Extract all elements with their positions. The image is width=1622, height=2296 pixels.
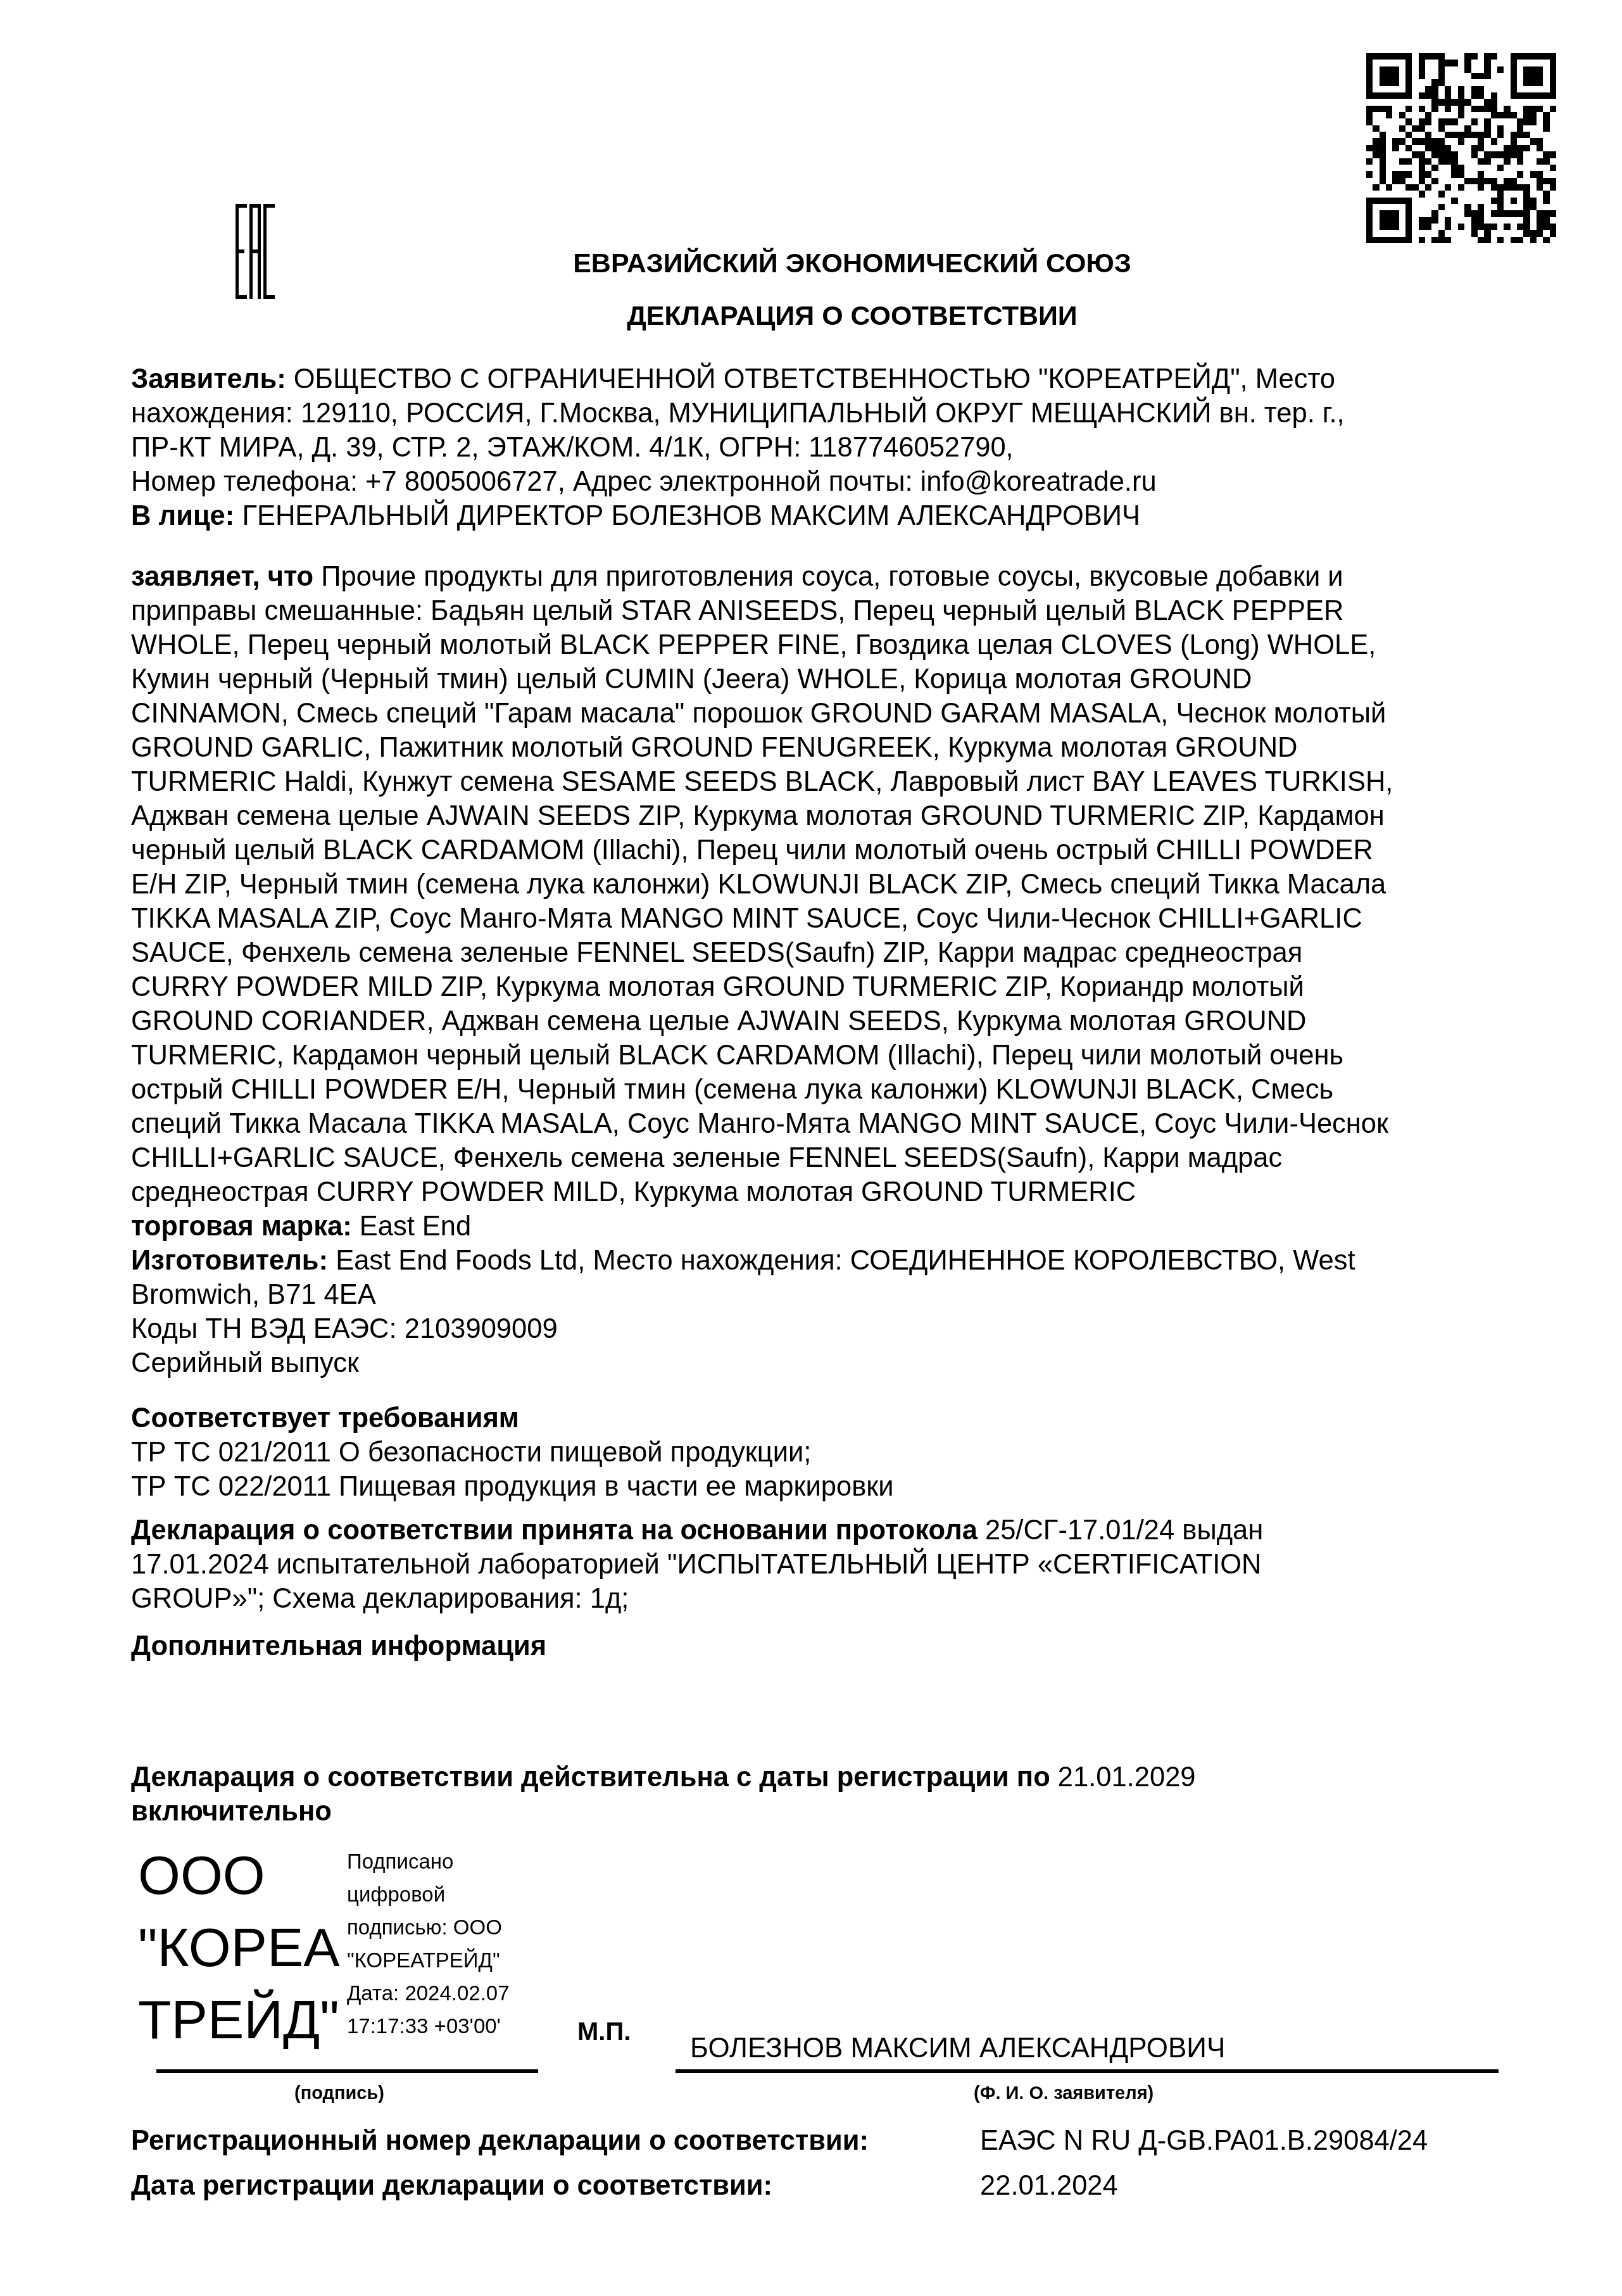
product-line: GROUND GARLIC, Пажитник молотый GROUND F… [131, 731, 1524, 765]
product-line: TURMERIC, Кардамон черный целый BLACK CA… [131, 1038, 1524, 1073]
product-line: Кумин черный (Черный тмин) целый CUMIN (… [131, 662, 1524, 697]
hs-codes: Коды ТН ВЭД ЕАЭС: 2103909009 [131, 1312, 1524, 1346]
applicant-line-1: Заявитель: ОБЩЕСТВО С ОГРАНИЧЕННОЙ ОТВЕТ… [131, 362, 1524, 396]
trademark-line: торговая марка: East End [131, 1209, 1524, 1244]
additional-info-section: Дополнительная информация [131, 1629, 1524, 1663]
manufacturer-line: Изготовитель: East End Foods Ltd, Место … [131, 1244, 1524, 1278]
product-line: E/H ZIP, Черный тмин (семена лука калонж… [131, 867, 1524, 902]
product-line: CURRY POWDER MILD ZIP, Куркума молотая G… [131, 970, 1524, 1004]
seal-label: М.П. [577, 2018, 631, 2047]
document-title: ДЕКЛАРАЦИЯ О СООТВЕТСТВИИ [0, 301, 1622, 332]
product-line: SAUCE, Фенхель семена зеленые FENNEL SEE… [131, 936, 1524, 970]
trademark-label: торговая марка: [131, 1211, 352, 1242]
product-line: острый CHILLI POWDER E/H, Черный тмин (с… [131, 1073, 1524, 1107]
representative-line: В лице: ГЕНЕРАЛЬНЫЙ ДИРЕКТОР БОЛЕЗНОВ МА… [131, 499, 1524, 533]
product-line: среднеострая CURRY POWDER MILD, Куркума … [131, 1175, 1524, 1209]
applicant-name: БОЛЕЗНОВ МАКСИМ АЛЕКСАНДРОВИЧ [690, 2033, 1225, 2064]
product-line: TIKKA MASALA ZIP, Соус Манго-Мята MANGO … [131, 902, 1524, 936]
registration-date-value: 22.01.2024 [980, 2171, 1118, 2202]
product-line: специй Тикка Масала TIKKA MASALA, Соус М… [131, 1107, 1524, 1141]
company-stamp: ООО "КОРЕА ТРЕЙД" [138, 1839, 340, 2056]
validity-date: 21.01.2029 [1050, 1762, 1196, 1793]
declares-line: заявляет, что Прочие продукты для пригот… [131, 560, 1524, 594]
release-type: Серийный выпуск [131, 1346, 1524, 1380]
name-line [676, 2069, 1499, 2073]
additional-info-heading: Дополнительная информация [131, 1631, 546, 1662]
basis-line-1: Декларация о соответствии принята на осн… [131, 1513, 1524, 1548]
representative-value: ГЕНЕРАЛЬНЫЙ ДИРЕКТОР БОЛЕЗНОВ МАКСИМ АЛЕ… [234, 501, 1140, 531]
manufacturer-address-line: Bromwich, B71 4EA [131, 1278, 1524, 1312]
registration-number-label: Регистрационный номер декларации о соотв… [131, 2126, 869, 2157]
digital-signature-info: Подписано цифровой подписью: ООО "КОРЕАТ… [347, 1845, 510, 2043]
product-line: GROUND CORIANDER, Аджван семена целые AJ… [131, 1004, 1524, 1038]
representative-label: В лице: [131, 501, 234, 531]
registration-number-value: ЕАЭС N RU Д-GB.РА01.В.29084/24 [980, 2126, 1428, 2157]
product-line: приправы смешанные: Бадьян целый STAR AN… [131, 594, 1524, 628]
compliance-item: ТР ТС 022/2011 Пищевая продукция в части… [131, 1470, 1524, 1504]
protocol-number: 25/СГ-17.01/24 выдан [978, 1515, 1263, 1546]
basis-line-2: 17.01.2024 испытательной лабораторией "И… [131, 1548, 1524, 1582]
compliance-heading: Соответствует требованиям [131, 1401, 1524, 1435]
registration-date-label: Дата регистрации декларации о соответств… [131, 2171, 772, 2202]
applicant-contact-line: Номер телефона: +7 8005006727, Адрес эле… [131, 465, 1524, 499]
product-line: CHILLI+GARLIC SAUCE, Фенхель семена зеле… [131, 1141, 1524, 1175]
signature-caption: (подпись) [294, 2083, 384, 2104]
applicant-line-2: нахождения: 129110, РОССИЯ, Г.Москва, МУ… [131, 396, 1524, 431]
basis-line-3: GROUP»"; Схема декларирования: 1д; [131, 1582, 1524, 1616]
compliance-section: Соответствует требованиям ТР ТС 021/2011… [131, 1401, 1524, 1504]
applicant-label: Заявитель: [131, 364, 286, 394]
trademark-value: East End [352, 1211, 472, 1242]
validity-section: Декларация о соответствии действительна … [131, 1760, 1524, 1829]
manufacturer-label: Изготовитель: [131, 1246, 328, 1276]
declares-label: заявляет, что [131, 562, 313, 592]
applicant-section: Заявитель: ОБЩЕСТВО С ОГРАНИЧЕННОЙ ОТВЕТ… [131, 362, 1524, 533]
union-title: ЕВРАЗИЙСКИЙ ЭКОНОМИЧЕСКИЙ СОЮЗ [0, 248, 1622, 279]
validity-suffix: включительно [131, 1796, 332, 1827]
product-description: заявляет, что Прочие продукты для пригот… [131, 560, 1524, 1380]
product-line: черный целый BLACK CARDAMOM (Illachi), П… [131, 833, 1524, 867]
applicant-line-3: ПР-КТ МИРА, Д. 39, СТР. 2, ЭТАЖ/КОМ. 4/1… [131, 431, 1524, 465]
basis-section: Декларация о соответствии принята на осн… [131, 1513, 1524, 1616]
product-line: WHOLE, Перец черный молотый BLACK PEPPER… [131, 628, 1524, 662]
product-line: TURMERIC Haldi, Кунжут семена SESAME SEE… [131, 765, 1524, 799]
name-caption: (Ф. И. О. заявителя) [974, 2083, 1154, 2104]
qr-code-icon [1366, 53, 1556, 243]
product-line: Аджван семена целые AJWAIN SEEDS ZIP, Ку… [131, 799, 1524, 833]
validity-label: Декларация о соответствии действительна … [131, 1762, 1050, 1793]
compliance-item: ТР ТС 021/2011 О безопасности пищевой пр… [131, 1435, 1524, 1470]
basis-label: Декларация о соответствии принята на осн… [131, 1515, 978, 1546]
product-line: CINNAMON, Смесь специй "Гарам масала" по… [131, 697, 1524, 731]
signature-line [156, 2069, 538, 2073]
